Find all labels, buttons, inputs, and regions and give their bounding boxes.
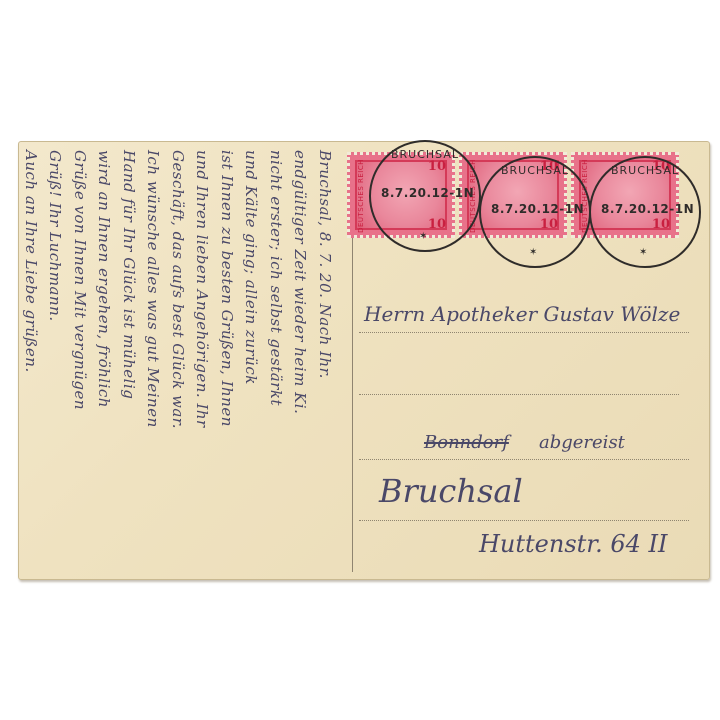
city: Bruchsal bbox=[379, 472, 523, 510]
address-line-1 bbox=[359, 332, 689, 333]
postmark: BRUCHSAL8.7.20.12-1N✶ bbox=[369, 140, 481, 252]
message-line: und Kälte ging; allein zurück bbox=[239, 150, 264, 575]
postmark: BRUCHSAL8.7.20.12-1N✶ bbox=[589, 156, 701, 268]
forward-note: abgereist bbox=[539, 432, 625, 453]
postmark: BRUCHSAL8.7.20.12-1N✶ bbox=[479, 156, 591, 268]
address-line-3 bbox=[359, 459, 689, 460]
message-line: Grüße von Ihnen Mit vergnügen bbox=[68, 150, 93, 575]
message-area: Bruchsal, 8. 7. 20. Nach Ihr.endgültiger… bbox=[19, 142, 334, 579]
postcard: Bruchsal, 8. 7. 20. Nach Ihr.endgültiger… bbox=[18, 141, 710, 580]
message-line: Auch an Ihre Liebe grüßen. bbox=[19, 150, 43, 575]
message-line: Ich wünsche alles was gut Meinen bbox=[141, 150, 166, 575]
struck-town-text: Bonndorf bbox=[424, 432, 509, 453]
message-line: Geschäft, das aufs best Glück war. bbox=[166, 150, 191, 575]
message-line: endgültiger Zeit wieder heim Ki. bbox=[288, 150, 313, 575]
address-line-4 bbox=[359, 520, 689, 521]
recipient-name: Herrn Apotheker Gustav Wölze bbox=[364, 302, 680, 326]
street: Huttenstr. 64 II bbox=[479, 530, 668, 558]
message-line: Hand für Ihr Glück ist mühelig bbox=[117, 150, 142, 575]
message-line: Grüß! Ihr Luchmann. bbox=[43, 150, 68, 575]
address-line-2 bbox=[359, 394, 679, 395]
message-line: nicht erster; ich selbst gestärkt bbox=[264, 150, 289, 575]
message-line: Bruchsal, 8. 7. 20. Nach Ihr. bbox=[313, 150, 335, 575]
message-line: wird an Ihnen ergehen, fröhlich bbox=[92, 150, 117, 575]
message-line: und Ihren lieben Angehörigen. Ihr bbox=[190, 150, 215, 575]
struck-town: Bonndorf bbox=[424, 432, 509, 453]
message-line: ist Ihnen zu besten Grüßen, Ihnen bbox=[215, 150, 240, 575]
handwritten-message: Bruchsal, 8. 7. 20. Nach Ihr.endgültiger… bbox=[19, 150, 334, 575]
